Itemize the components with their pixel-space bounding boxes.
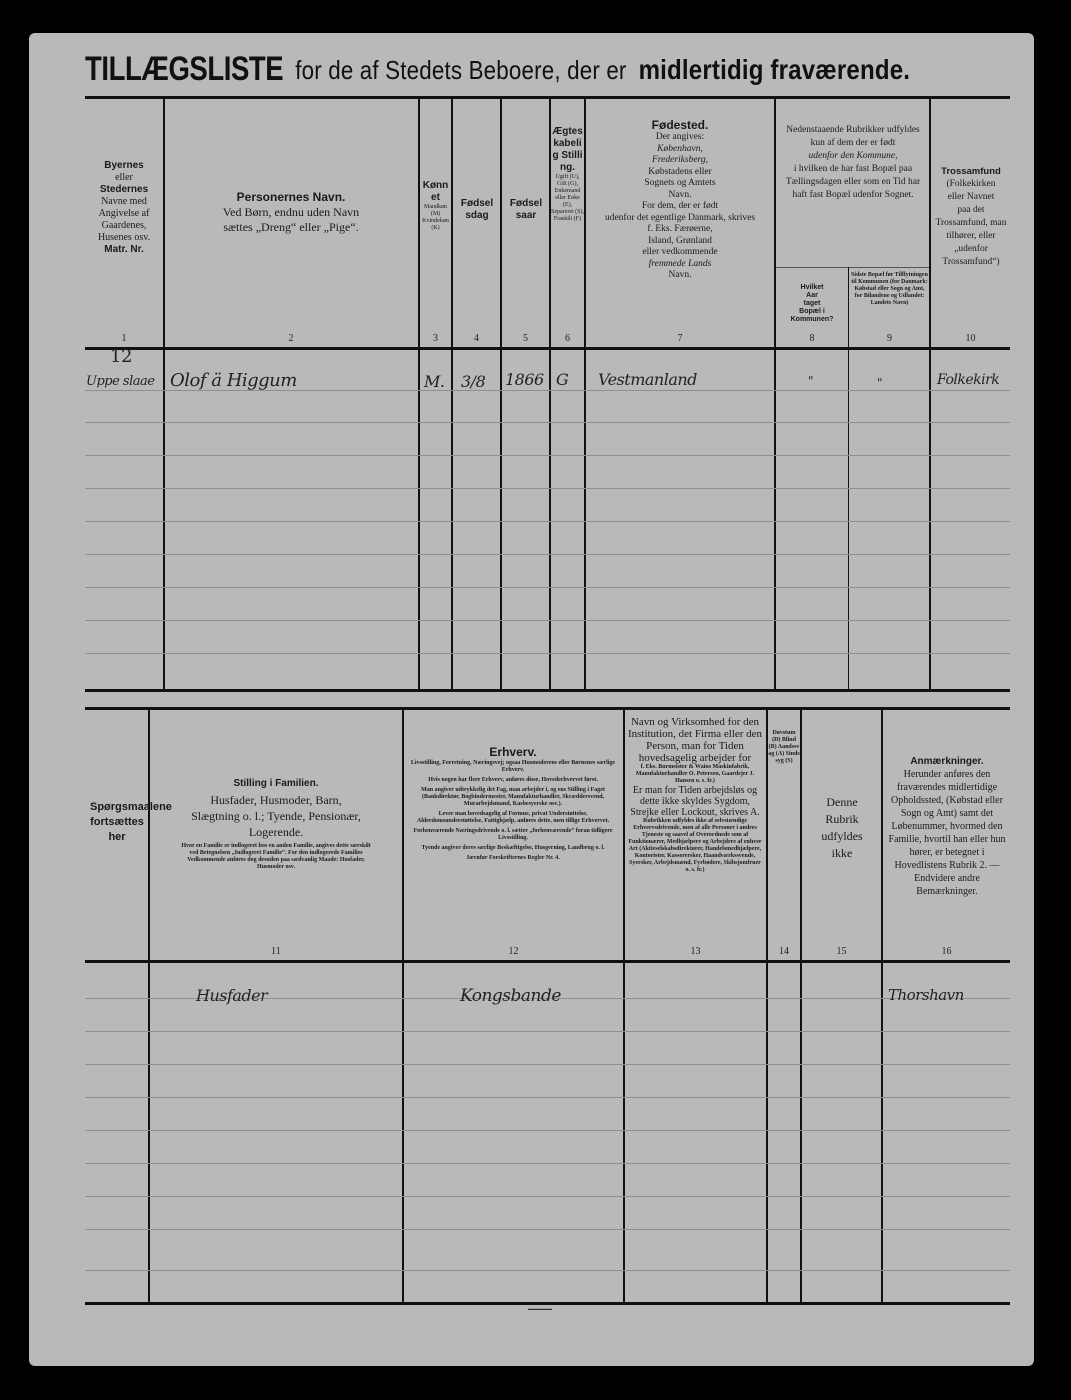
column-number: 14 <box>768 946 800 957</box>
col-divider <box>766 710 768 1303</box>
header-col-5: Fødselsaar <box>503 198 549 222</box>
header-line: Enkemand eller Enke (E), <box>551 188 584 209</box>
printer-imprint: ▬▬▬▬▬▬ <box>505 1306 575 1310</box>
header-title: Stedernes <box>86 184 162 196</box>
header-line: paa det Trossamfund, man <box>932 204 1010 230</box>
header-line: eller vedkommende <box>590 247 770 259</box>
row-ruling <box>85 554 1010 555</box>
col-divider <box>584 99 586 690</box>
header-col-15: Denne Rubrik udfyldes ikke <box>806 794 878 862</box>
col-divider <box>800 710 802 1303</box>
title-bold-start: TILLÆGSLISTE <box>85 49 283 89</box>
header-paragraph: Lever man hovedsagelig af Formue, privat… <box>410 811 616 825</box>
header-title: Erhverv. <box>410 744 616 760</box>
header-col-13: Navn og Virksomhed for den Institution, … <box>627 716 763 874</box>
header-line: taget <box>778 300 846 308</box>
religion-cell: Folkekirk <box>937 372 999 388</box>
header-title: Spørgsmaalene fortsættes her <box>86 800 148 845</box>
header-line: Mandkøn <box>420 204 451 211</box>
header-col-14: Døvstum (D) Blind (B) Aandssvag (A) Sind… <box>768 730 800 765</box>
header-title: Fødselsaar <box>503 198 549 222</box>
column-number: 16 <box>883 946 1010 957</box>
row-ruling <box>85 1031 1010 1032</box>
row-ruling <box>85 1196 1010 1197</box>
family-position-cell: Husfader <box>196 986 267 1005</box>
header-line: Island, Grønland <box>590 236 770 248</box>
header-col-1: Byernes eller Stedernes Navne med Angive… <box>86 160 162 256</box>
header-title: Fødselsdag <box>454 198 500 222</box>
header-title: Personernes Navn. <box>166 190 416 205</box>
column-number: 6 <box>551 333 584 344</box>
header-line: Husfader, Husmoder, Barn, <box>160 792 392 808</box>
row-ruling <box>85 521 1010 522</box>
column-number: 11 <box>150 946 402 957</box>
col-divider <box>623 710 625 1303</box>
col-divider <box>774 99 776 690</box>
header-paragraph: Rubrikken udfyldes ikke af selvstændige … <box>627 818 763 874</box>
header-line: fremmede Lands <box>590 259 770 271</box>
row-ruling <box>85 422 1010 423</box>
column-number: 2 <box>166 333 416 344</box>
matr-nr-cell: 12 <box>110 346 132 367</box>
col-divider <box>881 710 883 1303</box>
birth-day-cell: 3/8 <box>461 372 485 391</box>
header-line: Separeret (S), <box>551 209 584 216</box>
row-ruling <box>85 455 1010 456</box>
header-line: Trossamfund“) <box>932 256 1010 269</box>
header-col-8: Hvilket Aar taget Bopæl i Kommunen? <box>778 284 846 324</box>
header-title: Navn og Virksomhed for den Institution, … <box>627 716 763 764</box>
header-line: For dem, der er født <box>590 201 770 213</box>
header-line: Nedenstaaende Rubrikker udfyldes kun af … <box>784 124 922 150</box>
header-title: Anmærkninger. <box>886 755 1008 768</box>
header-col-9: Sidste Bopæl før Tilflytningen til Kommu… <box>851 272 928 307</box>
header-line: København, <box>590 144 770 156</box>
header-line: sættes „Dreng“ eller „Pige“. <box>166 220 416 235</box>
column-number: 8 <box>776 333 848 344</box>
header-title: Stilling i Familien. <box>160 776 392 792</box>
header-questions-continue: Spørgsmaalene fortsættes her <box>86 800 148 845</box>
birth-year-cell: 1866 <box>505 370 544 389</box>
column-number: 13 <box>625 946 766 957</box>
header-col-11: Stilling i Familien. Husfader, Husmoder,… <box>160 776 392 871</box>
row-ruling <box>85 620 1010 621</box>
header-line: Ugift (U), <box>551 174 584 181</box>
header-line: Aar <box>778 292 846 300</box>
header-line: Der angives: <box>590 132 770 144</box>
header-paragraph: Forhenværende Næringsdrivende o. l. sætt… <box>410 828 616 842</box>
header-line: Sidste Bopæl før Tilflytningen til Kommu… <box>851 272 928 307</box>
header-title: Kønnet <box>420 180 451 204</box>
header-line: Fraskilt (F) <box>551 216 584 223</box>
row-ruling <box>85 1163 1010 1164</box>
upper-header-rule <box>85 347 1010 350</box>
title-rule <box>85 96 1010 99</box>
place-cell: Uppe slaae <box>86 374 154 389</box>
row-ruling <box>85 1097 1010 1098</box>
column-number: 15 <box>802 946 881 957</box>
header-paragraph: Man angiver udtrykkelig det Fag, man arb… <box>410 787 616 808</box>
header-col-4: Fødselsdag <box>454 198 500 222</box>
column-number: 12 <box>404 946 623 957</box>
header-col-10: Trossamfund (Folkekirken eller Navnet pa… <box>932 165 1010 269</box>
header-line: Herunder anføres den fraværendes midlert… <box>886 768 1008 898</box>
header-title: Byernes <box>86 160 162 172</box>
header-line: Købstadens eller <box>590 167 770 179</box>
title-bold-end: midlertidig fraværende. <box>639 54 911 86</box>
marital-status-cell: G <box>556 370 568 389</box>
upper-bottom-rule <box>85 689 1010 692</box>
lower-top-rule <box>85 707 1010 710</box>
header-line: (K) <box>420 225 451 232</box>
header-col-16: Anmærkninger. Herunder anføres den fravæ… <box>886 755 1008 898</box>
header-paragraph: Hvis nogen har flere Erhverv, anføres di… <box>410 777 616 784</box>
header-paragraph: Er man for Tiden arbejdsløs og dette ikk… <box>627 785 763 818</box>
header-col-2: Personernes Navn. Ved Børn, endnu uden N… <box>166 190 416 235</box>
sub-header-rule <box>776 267 931 268</box>
year-moved-cell: " <box>808 374 813 388</box>
header-col-7: Fødested. Der angives: København, Freder… <box>590 118 770 282</box>
header-line: „udenfor <box>932 243 1010 256</box>
column-number: 10 <box>931 333 1010 344</box>
header-title: Ægteskabelig Stilling. <box>551 126 584 174</box>
header-line: Bopæl i <box>778 308 846 316</box>
header-line: (M) <box>420 211 451 218</box>
birthplace-cell: Vestmanland <box>598 370 697 389</box>
header-title: Denne Rubrik udfyldes ikke <box>806 794 878 862</box>
header-col-12: Erhverv. Livsstilling, Forretning, Nærin… <box>410 744 616 862</box>
header-note: Hvor en Familie er indlogeret hos en and… <box>160 843 392 871</box>
lower-bottom-rule <box>85 1302 1010 1305</box>
header-line: i hvilken de har fast Bopæl paa Tællings… <box>784 163 922 202</box>
header-line: Hvilket <box>778 284 846 292</box>
header-col-6: Ægteskabelig Stilling. Ugift (U), Gift (… <box>551 126 584 223</box>
column-number: 4 <box>453 333 500 344</box>
header-line: Ved Børn, endnu uden Navn <box>166 205 416 220</box>
header-line: Kvindekøn <box>420 218 451 225</box>
header-paragraph: Tyende angiver deres særlige Beskæftigel… <box>410 845 616 852</box>
header-line: eller Navnet <box>932 191 1010 204</box>
header-title: Fødested. <box>590 118 770 132</box>
title-middle: for de af Stedets Beboere, der er <box>295 55 626 86</box>
header-line: udenfor det egentlige Danmark, skrives f… <box>590 213 770 236</box>
col-divider <box>451 99 453 690</box>
header-title: Matr. Nr. <box>86 244 162 256</box>
header-line: Slægtning o. l.; Tyende, Pensionær, Loge… <box>160 808 392 840</box>
col-divider <box>929 99 931 690</box>
header-line: Frederiksberg, <box>590 155 770 167</box>
header-line: Kommunen? <box>778 316 846 324</box>
col-divider <box>402 710 404 1303</box>
col-divider <box>163 99 165 690</box>
row-ruling <box>85 1270 1010 1271</box>
header-line: tilhører, eller <box>932 230 1010 243</box>
col-divider <box>848 267 849 690</box>
header-line: udenfor den Kommune, <box>784 150 922 163</box>
header-title: Døvstum (D) Blind (B) Aandssvag (A) Sind… <box>768 730 800 765</box>
header-col-8-9: Nedenstaaende Rubrikker udfyldes kun af … <box>784 124 922 202</box>
column-number: 3 <box>420 333 451 344</box>
row-ruling <box>85 1064 1010 1065</box>
name-cell: Olof ä Higgum <box>170 370 297 391</box>
header-line: Navn. <box>590 190 770 202</box>
header-line: Gaardenes, <box>86 220 162 232</box>
occupation-cell: Kongsbande <box>460 986 561 1006</box>
column-number: 1 <box>86 333 162 344</box>
header-paragraph: f. Eks. Burmeister & Wains Maskinfabrik,… <box>627 764 763 785</box>
header-line: Husenes osv. <box>86 232 162 244</box>
row-ruling <box>85 1229 1010 1230</box>
header-line: eller <box>86 172 162 184</box>
col-divider <box>148 710 150 1303</box>
header-paragraph: Jævnfør Forskrifternes Regler Nr. 4. <box>410 855 616 862</box>
column-number: 9 <box>850 333 929 344</box>
header-paragraph: Livsstilling, Forretning, Næringsvej; og… <box>410 760 616 774</box>
header-line: Sognets og Amtets <box>590 178 770 190</box>
header-line: Navn. <box>590 270 770 282</box>
column-number: 7 <box>586 333 774 344</box>
header-line: Navne med <box>86 196 162 208</box>
header-line: Angivelse af <box>86 208 162 220</box>
row-ruling <box>85 587 1010 588</box>
row-ruling <box>85 488 1010 489</box>
header-col-3: Kønnet Mandkøn (M) Kvindekøn (K) <box>420 180 451 232</box>
remarks-cell: Thorshavn <box>888 986 964 1004</box>
header-title: Trossamfund <box>932 165 1010 178</box>
header-line: (Folkekirken <box>932 178 1010 191</box>
last-residence-cell: " <box>877 376 882 390</box>
form-title: TILLÆGSLISTE for de af Stedets Beboere, … <box>85 50 885 90</box>
header-line: Gift (G), <box>551 181 584 188</box>
sex-cell: M. <box>424 372 444 391</box>
column-number: 5 <box>502 333 549 344</box>
row-ruling <box>85 653 1010 654</box>
row-ruling <box>85 1130 1010 1131</box>
col-divider <box>500 99 502 690</box>
lower-header-rule <box>85 960 1010 963</box>
